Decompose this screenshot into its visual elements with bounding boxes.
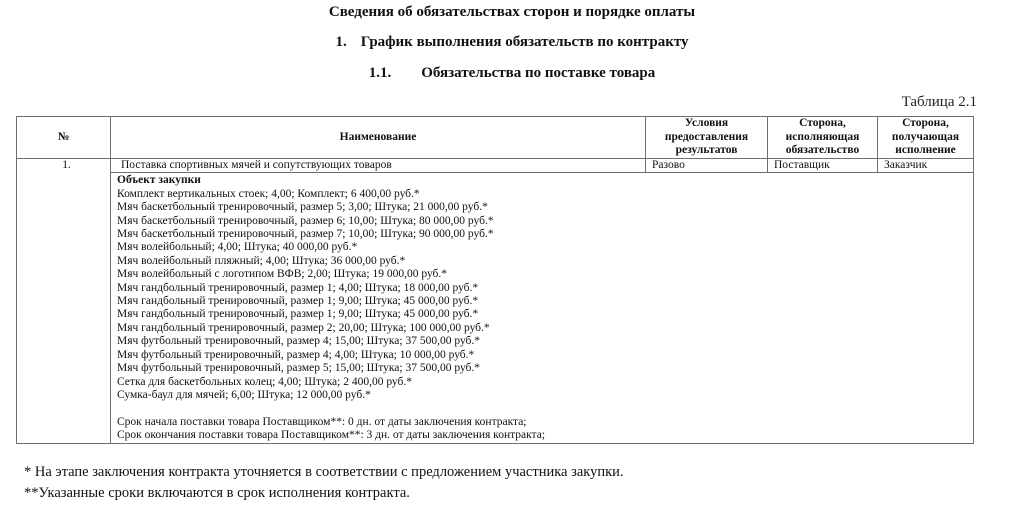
section-number: 1.: [335, 33, 346, 51]
section-title: График выполнения обязательств по контра…: [361, 34, 689, 50]
purchase-item: Мяч футбольный тренировочный, размер 4; …: [117, 335, 878, 348]
header-conditions: Условия предоставления результатов: [646, 117, 768, 159]
purchase-item: Сетка для баскетбольных колец; 4,00; Шту…: [117, 376, 878, 389]
purchase-item: Комплект вертикальных стоек; 4,00; Компл…: [117, 188, 878, 201]
footnotes: * На этапе заключения контракта уточняет…: [24, 462, 624, 504]
subsection-heading: 1.1.Обязательства по поставке товара: [0, 64, 1024, 82]
purchase-item: Мяч баскетбольный тренировочный, размер …: [117, 228, 878, 241]
row-number: 1.: [17, 159, 111, 444]
header-receiving-party: Сторона, получающая исполнение: [878, 117, 974, 159]
table-caption: Таблица 2.1: [902, 93, 977, 111]
purchase-items-list: Комплект вертикальных стоек; 4,00; Компл…: [117, 188, 878, 403]
purchase-item: Мяч гандбольный тренировочный, размер 1;…: [117, 282, 878, 295]
purchase-item: Мяч гандбольный тренировочный, размер 1;…: [117, 308, 878, 321]
spacer: [117, 402, 878, 415]
table-row: 1. Поставка спортивных мячей и сопутству…: [17, 159, 974, 173]
header-name: Наименование: [111, 117, 646, 159]
subsection-title: Обязательства по поставке товара: [421, 65, 655, 81]
footnote-price: * На этапе заключения контракта уточняет…: [24, 462, 624, 483]
purchase-item: Мяч баскетбольный тренировочный, размер …: [117, 201, 878, 214]
table-header-row: № Наименование Условия предоставления ре…: [17, 117, 974, 159]
row-name: Поставка спортивных мячей и сопутствующи…: [111, 159, 646, 173]
section-heading: 1.График выполнения обязательств по конт…: [0, 33, 1024, 51]
header-executing-party: Сторона, исполняющая обязательство: [768, 117, 878, 159]
purchase-object-title: Объект закупки: [117, 174, 878, 187]
header-num: №: [17, 117, 111, 159]
row-executing-party: Поставщик: [768, 159, 878, 173]
purchase-item: Мяч гандбольный тренировочный, размер 1;…: [117, 295, 878, 308]
purchase-item: Мяч волейбольный; 4,00; Штука; 40 000,00…: [117, 241, 878, 254]
purchase-item: Сумка-баул для мячей; 6,00; Штука; 12 00…: [117, 389, 878, 402]
purchase-object-details: Объект закупки Комплект вертикальных сто…: [111, 173, 878, 443]
delivery-start-term: Срок начала поставки товара Поставщиком*…: [117, 416, 878, 429]
purchase-item: Мяч волейбольный пляжный; 4,00; Штука; 3…: [117, 255, 878, 268]
purchase-item: Мяч футбольный тренировочный, размер 5; …: [117, 362, 878, 375]
table-row-details: Объект закупки Комплект вертикальных сто…: [17, 173, 974, 443]
subsection-number: 1.1.: [369, 64, 392, 82]
obligations-table: № Наименование Условия предоставления ре…: [16, 116, 974, 444]
footnote-terms: **Указанные сроки включаются в срок испо…: [24, 483, 624, 504]
purchase-item: Мяч волейбольный с логотипом ВФВ; 2,00; …: [117, 268, 878, 281]
document-title: Сведения об обязательствах сторон и поря…: [0, 3, 1024, 21]
purchase-item: Мяч футбольный тренировочный, размер 4; …: [117, 349, 878, 362]
row-conditions: Разово: [646, 159, 768, 173]
empty-cell: [878, 173, 974, 443]
purchase-item: Мяч баскетбольный тренировочный, размер …: [117, 215, 878, 228]
row-receiving-party: Заказчик: [878, 159, 974, 173]
delivery-end-term: Срок окончания поставки товара Поставщик…: [117, 429, 878, 442]
purchase-item: Мяч гандбольный тренировочный, размер 2;…: [117, 322, 878, 335]
